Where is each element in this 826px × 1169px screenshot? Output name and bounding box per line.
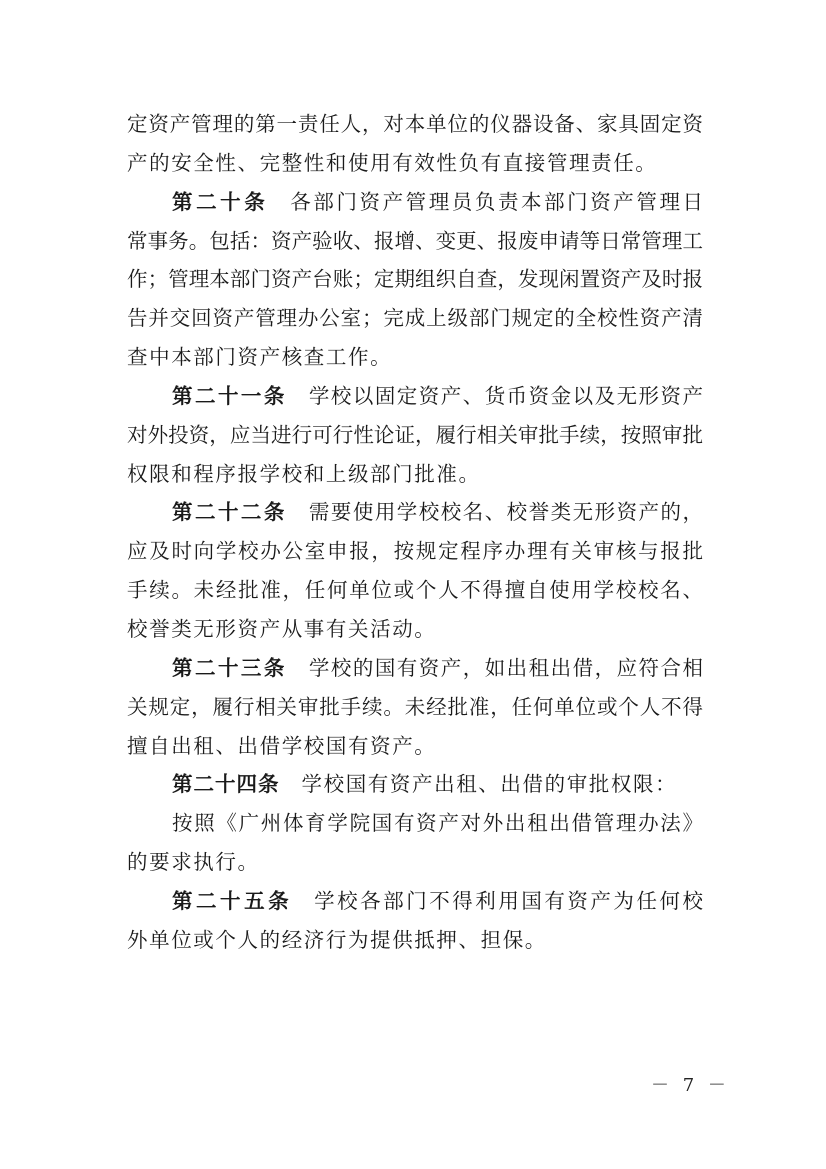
text-line: 手续。未经批准，任何单位或个人不得擅自使用学校校名、 — [127, 571, 703, 610]
article-22-first-line: 第二十二条需要使用学校校名、校誉类无形资产的， — [127, 493, 703, 532]
text-span: 各部门资产管理员负责本部门资产管理日 — [290, 190, 703, 214]
text-line: 对外投资，应当进行可行性论证，履行相关审批手续，按照审批 — [127, 416, 703, 455]
article-label: 第二十一条 — [172, 384, 287, 408]
text-span: 学校以固定资产、货币资金以及无形资产 — [309, 384, 703, 408]
text-span: 需要使用学校校名、校誉类无形资产的， — [309, 500, 703, 524]
document-body: 定资产管理的第一责任人，对本单位的仪器设备、家具固定资 产的安全性、完整性和使用… — [127, 105, 703, 960]
article-24-first-line: 第二十四条学校国有资产出租、出借的审批权限： — [127, 765, 703, 804]
text-line: 擅自出租、出借学校国有资产。 — [127, 727, 703, 766]
text-line: 权限和程序报学校和上级部门批准。 — [127, 455, 703, 494]
article-23-first-line: 第二十三条学校的国有资产，如出租出借，应符合相 — [127, 649, 703, 688]
text-line: 告并交回资产管理办公室；完成上级部门规定的全校性资产清 — [127, 299, 703, 338]
text-line: 按照《广州体育学院国有资产对外出租出借管理办法》 — [127, 804, 703, 843]
text-line: 外单位或个人的经济行为提供抵押、担保。 — [127, 921, 703, 960]
article-label: 第二十三条 — [172, 656, 287, 680]
text-line: 定资产管理的第一责任人，对本单位的仪器设备、家具固定资 — [127, 105, 703, 144]
text-span: 学校国有资产出租、出借的审批权限： — [302, 772, 678, 796]
article-21-first-line: 第二十一条学校以固定资产、货币资金以及无形资产 — [127, 377, 703, 416]
text-line: 校誉类无形资产从事有关活动。 — [127, 610, 703, 649]
text-line: 产的安全性、完整性和使用有效性负有直接管理责任。 — [127, 144, 703, 183]
article-label: 第二十二条 — [172, 500, 287, 524]
document-page: 定资产管理的第一责任人，对本单位的仪器设备、家具固定资 产的安全性、完整性和使用… — [0, 0, 826, 1169]
text-line: 应及时向学校办公室申报，按规定程序办理有关审核与报批 — [127, 532, 703, 571]
text-line: 作；管理本部门资产台账；定期组织自查，发现闲置资产及时报 — [127, 260, 703, 299]
text-line: 关规定，履行相关审批手续。未经批准，任何单位或个人不得 — [127, 688, 703, 727]
page-number: － 7 － — [651, 1071, 730, 1097]
text-line: 常事务。包括：资产验收、报增、变更、报废申请等日常管理工 — [127, 222, 703, 261]
text-line: 查中本部门资产核查工作。 — [127, 338, 703, 377]
article-20-first-line: 第二十条各部门资产管理员负责本部门资产管理日 — [127, 183, 703, 222]
article-label: 第二十四条 — [172, 772, 280, 796]
text-span: 学校各部门不得利用国有资产为任何校 — [314, 889, 703, 913]
article-25-first-line: 第二十五条学校各部门不得利用国有资产为任何校 — [127, 882, 703, 921]
article-label: 第二十条 — [172, 190, 268, 214]
article-label: 第二十五条 — [172, 889, 292, 913]
text-line: 的要求执行。 — [127, 843, 703, 882]
text-span: 学校的国有资产，如出租出借，应符合相 — [309, 656, 703, 680]
